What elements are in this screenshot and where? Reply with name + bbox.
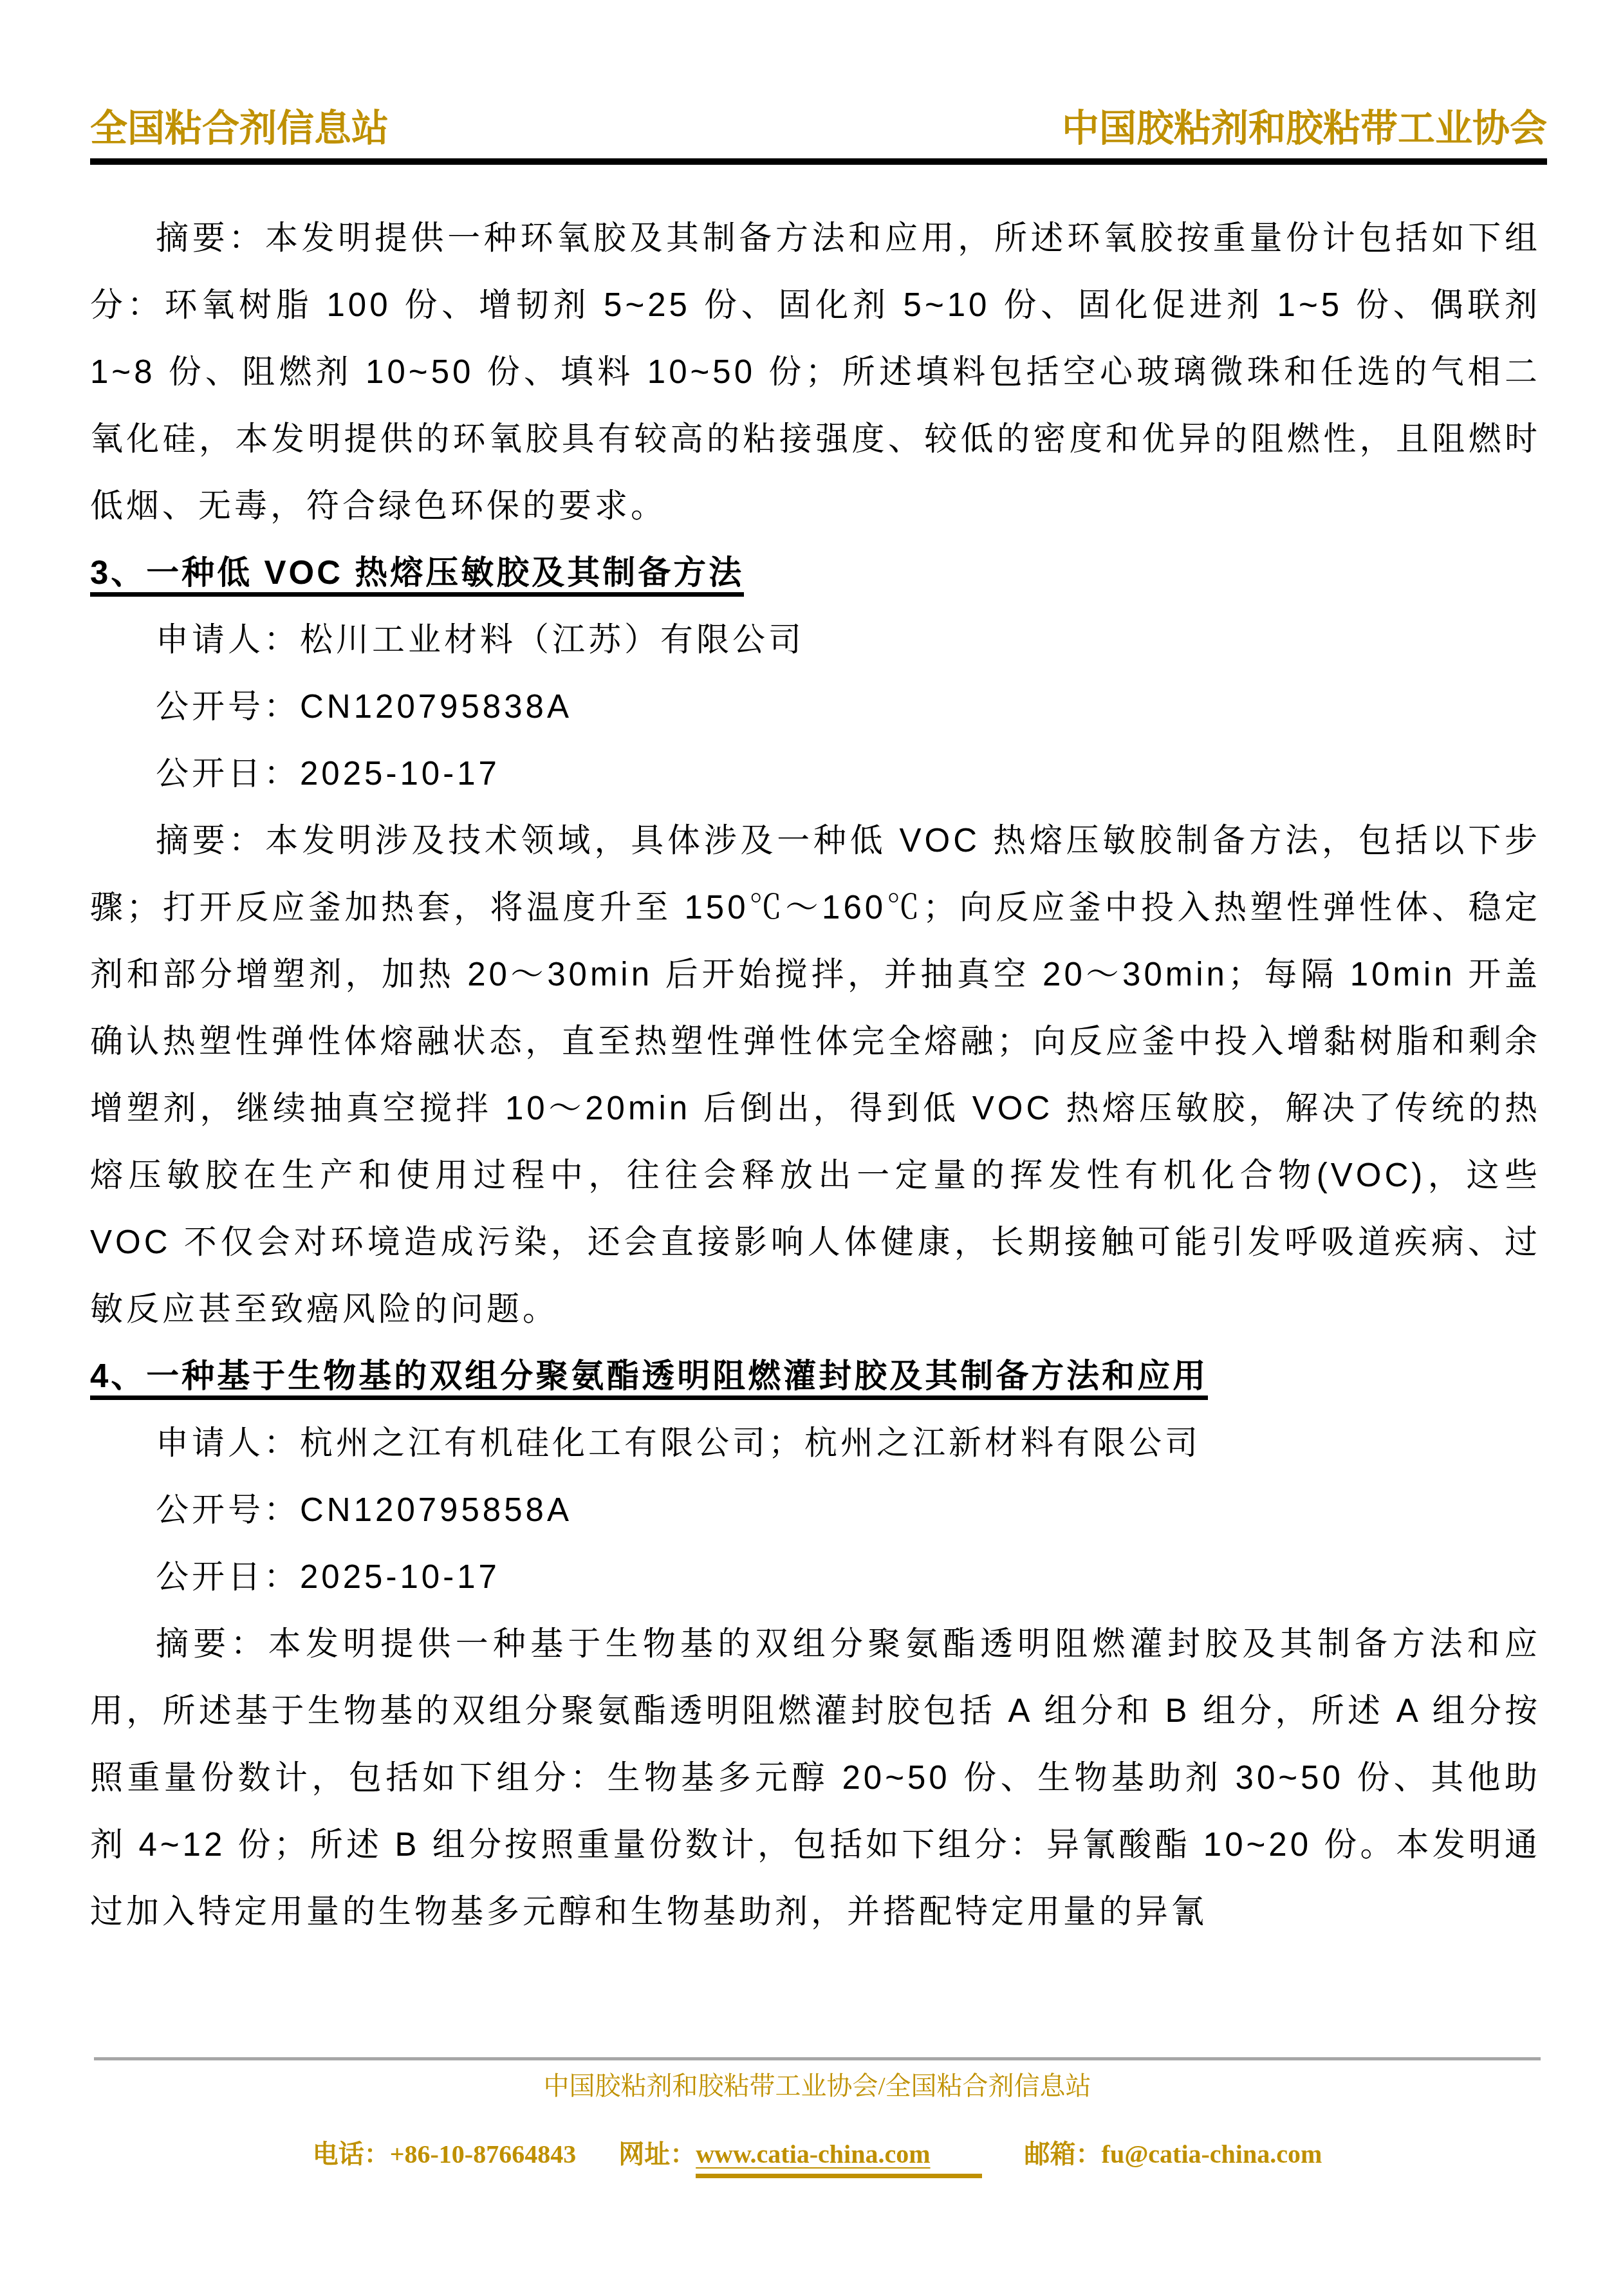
- abstract-paragraph-entry2: 摘要：本发明提供一种环氧胶及其制备方法和应用，所述环氧胶按重量份计包括如下组分：…: [90, 205, 1541, 539]
- entry3-publication-number: 公开号：CN120795838A: [90, 673, 1541, 740]
- document-page: 全国粘合剂信息站 中国胶粘剂和胶粘带工业协会 摘要：本发明提供一种环氧胶及其制备…: [0, 0, 1623, 2296]
- phone-number: +86-10-87664843: [390, 2140, 576, 2169]
- header-left-title: 全国粘合剂信息站: [90, 108, 389, 149]
- website-link[interactable]: www.catia-china.com: [696, 2140, 930, 2169]
- phone-label: 电话：: [313, 2140, 390, 2169]
- footer-phone-group: 电话：+86-10-87664843: [313, 2140, 576, 2169]
- entry3-publication-date: 公开日：2025-10-17: [90, 740, 1541, 807]
- page-footer: 中国胶粘剂和胶粘带工业协会/全国粘合剂信息站 电话：+86-10-8766484…: [94, 2057, 1541, 2170]
- entry4-applicant: 申请人：杭州之江有机硅化工有限公司；杭州之江新材料有限公司: [90, 1410, 1541, 1477]
- footer-email-group: 邮箱：fu@catia-china.com: [1025, 2140, 1322, 2169]
- entry4-heading: 4、一种基于生物基的双组分聚氨酯透明阻燃灌封胶及其制备方法和应用: [90, 1343, 1541, 1410]
- document-body: 摘要：本发明提供一种环氧胶及其制备方法和应用，所述环氧胶按重量份计包括如下组分：…: [90, 205, 1541, 1945]
- footer-divider-line: [94, 2057, 1541, 2060]
- website-underline-wrap: www.catia-china.com: [696, 2140, 981, 2178]
- entry4-heading-text: 4、一种基于生物基的双组分聚氨酯透明阻燃灌封胶及其制备方法和应用: [90, 1358, 1208, 1400]
- footer-website-group: 网址：www.catia-china.com: [618, 2140, 981, 2169]
- entry4-publication-number: 公开号：CN120795858A: [90, 1477, 1541, 1544]
- entry3-abstract: 摘要：本发明涉及技术领域，具体涉及一种低 VOC 热熔压敏胶制备方法，包括以下步…: [90, 807, 1541, 1343]
- entry4-publication-date: 公开日：2025-10-17: [90, 1544, 1541, 1610]
- entry3-applicant: 申请人：松川工业材料（江苏）有限公司: [90, 606, 1541, 673]
- email-label: 邮箱：: [1025, 2140, 1102, 2169]
- entry3-heading-text: 3、一种低 VOC 热熔压敏胶及其制备方法: [90, 554, 744, 597]
- page-header: 全国粘合剂信息站 中国胶粘剂和胶粘带工业协会: [90, 108, 1547, 165]
- footer-organization-line: 中国胶粘剂和胶粘带工业协会/全国粘合剂信息站: [94, 2071, 1541, 2102]
- header-right-title: 中国胶粘剂和胶粘带工业协会: [1062, 108, 1547, 149]
- email-address: fu@catia-china.com: [1102, 2140, 1322, 2169]
- website-label: 网址：: [618, 2140, 696, 2169]
- footer-contact-line: 电话：+86-10-87664843 网址：www.catia-china.co…: [94, 2139, 1541, 2170]
- entry4-abstract: 摘要：本发明提供一种基于生物基的双组分聚氨酯透明阻燃灌封胶及其制备方法和应用，所…: [90, 1610, 1541, 1945]
- entry3-heading: 3、一种低 VOC 热熔压敏胶及其制备方法: [90, 539, 1541, 606]
